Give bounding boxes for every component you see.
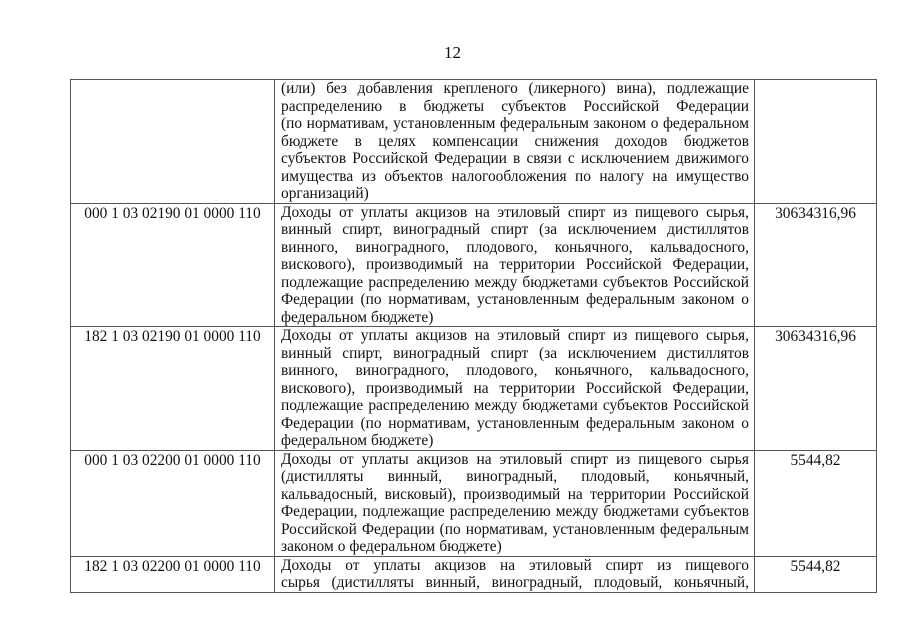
description-cell: (или)бездобавлениякрепленого(ликерного)в… <box>275 80 755 204</box>
description-cell: Доходыотуплатыакцизовнаэтиловыйспиртизпи… <box>275 203 755 327</box>
amount-cell: 30634316,96 <box>755 203 877 327</box>
description-line: вискового),производимыйнатерриторииРосси… <box>281 380 749 398</box>
description-line: винного,виноградного,плодового,коньячног… <box>281 362 749 380</box>
amount-cell: 5544,82 <box>755 450 877 556</box>
description-line: закономофедеральномбюджете) <box>281 538 749 556</box>
description-line: Федерации(понормативам,установленнымфеде… <box>281 291 749 309</box>
description-line: Федерации,подлежащиераспределениюмеждубю… <box>281 503 749 521</box>
budget-code-cell: 000 1 03 02190 01 0000 110 <box>71 203 275 327</box>
table-row: 000 1 03 02200 01 0000 110 Доходыотуплат… <box>71 450 877 556</box>
description-line: Доходыотуплатыакцизовнаэтиловыйспиртизпи… <box>281 451 749 469</box>
budget-code-cell: 182 1 03 02190 01 0000 110 <box>71 327 275 451</box>
description-line: винныйспирт,виноградныйспирт(заисключени… <box>281 345 749 363</box>
description-line: федеральномбюджете) <box>281 309 749 327</box>
description-line: организаций) <box>281 185 749 203</box>
amount-cell: 30634316,96 <box>755 327 877 451</box>
description-line: (или)бездобавлениякрепленого(ликерного)в… <box>281 80 749 98</box>
description-line: субъектовРоссийскойФедерациивсвязисисклю… <box>281 150 749 168</box>
description-line: бюджетевцеляхкомпенсацииснижениядоходовб… <box>281 133 749 151</box>
description-line: РоссийскойФедерации(понормативам,установ… <box>281 521 749 539</box>
description-line: подлежащиераспределениюмеждубюджетамисуб… <box>281 274 749 292</box>
budget-code-cell: 182 1 03 02200 01 0000 110 <box>71 556 275 592</box>
table-row: 000 1 03 02190 01 0000 110 Доходыотуплат… <box>71 203 877 327</box>
description-cell: Доходыотуплатыакцизовнаэтиловыйспиртизпи… <box>275 556 755 592</box>
budget-revenue-table: (или)бездобавлениякрепленого(ликерного)в… <box>70 79 877 593</box>
description-line: распределениювбюджетысубъектовРоссийской… <box>281 98 749 116</box>
description-line: Доходыотуплатыакцизовнаэтиловыйспиртизпи… <box>281 327 749 345</box>
description-line: Доходыотуплатыакцизовнаэтиловыйспиртизпи… <box>281 204 749 222</box>
description-cell: Доходыотуплатыакцизовнаэтиловыйспиртизпи… <box>275 450 755 556</box>
description-line: винного,виноградного,плодового,коньячног… <box>281 239 749 257</box>
amount-cell: 5544,82 <box>755 556 877 592</box>
description-line: (дистиллятывинный,виноградный,плодовый,к… <box>281 468 749 486</box>
table-row: 182 1 03 02200 01 0000 110 Доходыотуплат… <box>71 556 877 592</box>
table-row: 182 1 03 02190 01 0000 110 Доходыотуплат… <box>71 327 877 451</box>
budget-code-cell <box>71 80 275 204</box>
description-line: кальвадосный,висковый),производимыйнатер… <box>281 486 749 504</box>
description-cell: Доходыотуплатыакцизовнаэтиловыйспиртизпи… <box>275 327 755 451</box>
description-line: подлежащиераспределениюмеждубюджетамисуб… <box>281 397 749 415</box>
amount-cell <box>755 80 877 204</box>
table-body: (или)бездобавлениякрепленого(ликерного)в… <box>71 80 877 593</box>
description-line: винныйспирт,виноградныйспирт(заисключени… <box>281 221 749 239</box>
description-line: Доходыотуплатыакцизовнаэтиловыйспиртизпи… <box>281 557 749 575</box>
description-line: имуществаизобъектовналогообложенияпонало… <box>281 168 749 186</box>
budget-code-cell: 000 1 03 02200 01 0000 110 <box>71 450 275 556</box>
page-number: 12 <box>0 43 905 63</box>
description-line: сырья(дистиллятывинный,виноградный,плодо… <box>281 574 749 592</box>
table-row: (или)бездобавлениякрепленого(ликерного)в… <box>71 80 877 204</box>
description-line: вискового),производимыйнатерриторииРосси… <box>281 256 749 274</box>
description-line: федеральномбюджете) <box>281 432 749 450</box>
description-line: Федерации(понормативам,установленнымфеде… <box>281 415 749 433</box>
description-line: (понормативам,установленнымфедеральнымза… <box>281 115 749 133</box>
